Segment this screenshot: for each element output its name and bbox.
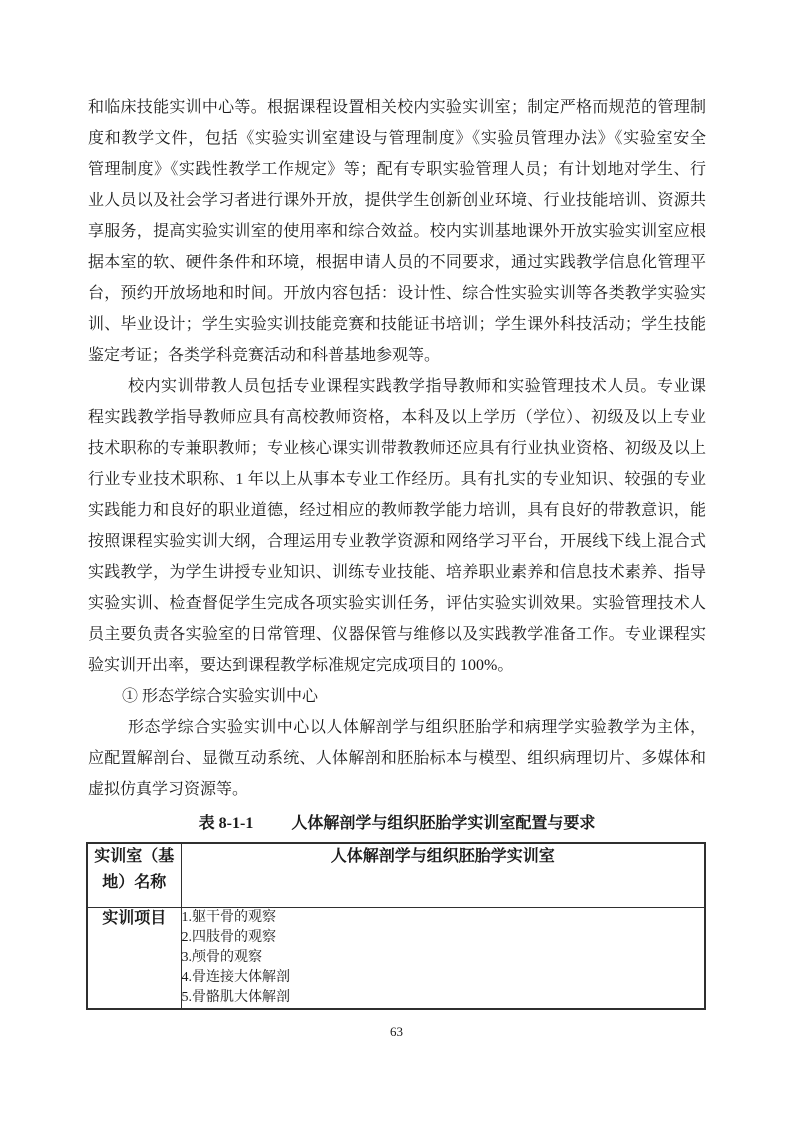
cell-training-projects-label: 实训项目 bbox=[87, 907, 181, 1009]
body-line: 应配置解剖台、显微互动系统、人体解剖和胚胎标本与模型、组织病理切片、多媒体和 bbox=[88, 743, 706, 774]
body-line: 行业专业技术职称、1 年以上从事本专业工作经历。具有扎实的专业知识、较强的专业 bbox=[88, 464, 706, 495]
body-text: 和临床技能实训中心等。根据课程设置相关校内实验实训室；制定严格而规范的管理制度和… bbox=[88, 92, 706, 1010]
body-line: 形态学综合实验实训中心以人体解剖学与组织胚胎学和病理学实验教学为主体， bbox=[88, 712, 706, 743]
caption-title: 人体解剖学与组织胚胎学实训室配置与要求 bbox=[291, 815, 595, 832]
body-line: 训、毕业设计；学生实验实训技能竞赛和技能证书培训；学生课外科技活动；学生技能 bbox=[88, 309, 706, 340]
paragraph-2: 校内实训带教人员包括专业课程实践教学指导教师和实验管理技术人员。专业课程实践教学… bbox=[88, 371, 706, 681]
body-line: 业人员以及社会学习者进行课外开放，提供学生创新创业环境、行业技能培训、资源共 bbox=[88, 185, 706, 216]
paragraph-3: 形态学综合实验实训中心以人体解剖学与组织胚胎学和病理学实验教学为主体，应配置解剖… bbox=[88, 712, 706, 805]
body-line: 校内实训带教人员包括专业课程实践教学指导教师和实验管理技术人员。专业课 bbox=[88, 371, 706, 402]
body-line: 实验实训、检查督促学生完成各项实验实训任务，评估实验实训效果。实验管理技术人 bbox=[88, 588, 706, 619]
table-row: 实训项目 1.躯干骨的观察2.四肢骨的观察3.颅骨的观察4.骨连接大体解剖5.骨… bbox=[87, 907, 705, 1009]
body-line: 和临床技能实训中心等。根据课程设置相关校内实验实训室；制定严格而规范的管理制 bbox=[88, 92, 706, 123]
body-line: 员主要负责各实验室的日常管理、仪器保管与维修以及实践教学准备工作。专业课程实 bbox=[88, 619, 706, 650]
body-line: 实践能力和良好的职业道德，经过相应的教师教学能力培训，具有良好的带教意识，能 bbox=[88, 495, 706, 526]
body-line: 实践教学，为学生讲授专业知识、训练专业技能、培养职业素养和信息技术素养、指导 bbox=[88, 557, 706, 588]
cell-training-projects-list: 1.躯干骨的观察2.四肢骨的观察3.颅骨的观察4.骨连接大体解剖5.骨骼肌大体解… bbox=[181, 907, 705, 1009]
section-heading: ① 形态学综合实验实训中心 bbox=[88, 681, 706, 712]
table-row: 实训室（基地）名称 人体解剖学与组织胚胎学实训室 bbox=[87, 843, 705, 907]
training-project-item: 1.躯干骨的观察 bbox=[182, 908, 705, 928]
config-table: 实训室（基地）名称 人体解剖学与组织胚胎学实训室 实训项目 1.躯干骨的观察2.… bbox=[86, 842, 706, 1010]
body-line: 按照课程实验实训大纲，合理运用专业教学资源和网络学习平台，开展线下线上混合式 bbox=[88, 526, 706, 557]
caption-label: 表 8-1-1 bbox=[199, 815, 254, 832]
body-line: 技术职称的专兼职教师；专业核心课实训带教教师还应具有行业执业资格、初级及以上 bbox=[88, 433, 706, 464]
training-project-item: 3.颅骨的观察 bbox=[182, 948, 705, 968]
body-line: 验实训开出率，要达到课程教学标准规定完成项目的 100%。 bbox=[88, 650, 706, 681]
paragraph-1: 和临床技能实训中心等。根据课程设置相关校内实验实训室；制定严格而规范的管理制度和… bbox=[88, 92, 706, 371]
training-project-item: 2.四肢骨的观察 bbox=[182, 928, 705, 948]
table-caption: 表 8-1-1人体解剖学与组织胚胎学实训室配置与要求 bbox=[88, 805, 706, 842]
body-line: 享服务，提高实验实训室的使用率和综合效益。校内实训基地课外开放实验实训室应根 bbox=[88, 216, 706, 247]
body-line: 鉴定考证；各类学科竞赛活动和科普基地参观等。 bbox=[88, 340, 706, 371]
training-project-item: 4.骨连接大体解剖 bbox=[182, 968, 705, 988]
body-line: 管理制度》《实践性教学工作规定》等；配有专职实验管理人员；有计划地对学生、行 bbox=[88, 154, 706, 185]
document-page: 和临床技能实训中心等。根据课程设置相关校内实验实训室；制定严格而规范的管理制度和… bbox=[0, 0, 793, 1122]
body-line: 度和教学文件，包括《实验实训室建设与管理制度》《实验员管理办法》《实验室安全 bbox=[88, 123, 706, 154]
body-line: 台，预约开放场地和时间。开放内容包括：设计性、综合性实验实训等各类教学实验实 bbox=[88, 278, 706, 309]
training-project-item: 5.骨骼肌大体解剖 bbox=[182, 988, 705, 1008]
body-line: 程实践教学指导教师应具有高校教师资格，本科及以上学历（学位）、初级及以上专业 bbox=[88, 402, 706, 433]
cell-room-name-label: 实训室（基地）名称 bbox=[87, 843, 181, 907]
body-line: 据本室的软、硬件条件和环境，根据申请人员的不同要求，通过实践教学信息化管理平 bbox=[88, 247, 706, 278]
body-line: 虚拟仿真学习资源等。 bbox=[88, 774, 706, 805]
cell-room-name-value: 人体解剖学与组织胚胎学实训室 bbox=[181, 843, 705, 907]
page-number: 63 bbox=[0, 1023, 793, 1041]
